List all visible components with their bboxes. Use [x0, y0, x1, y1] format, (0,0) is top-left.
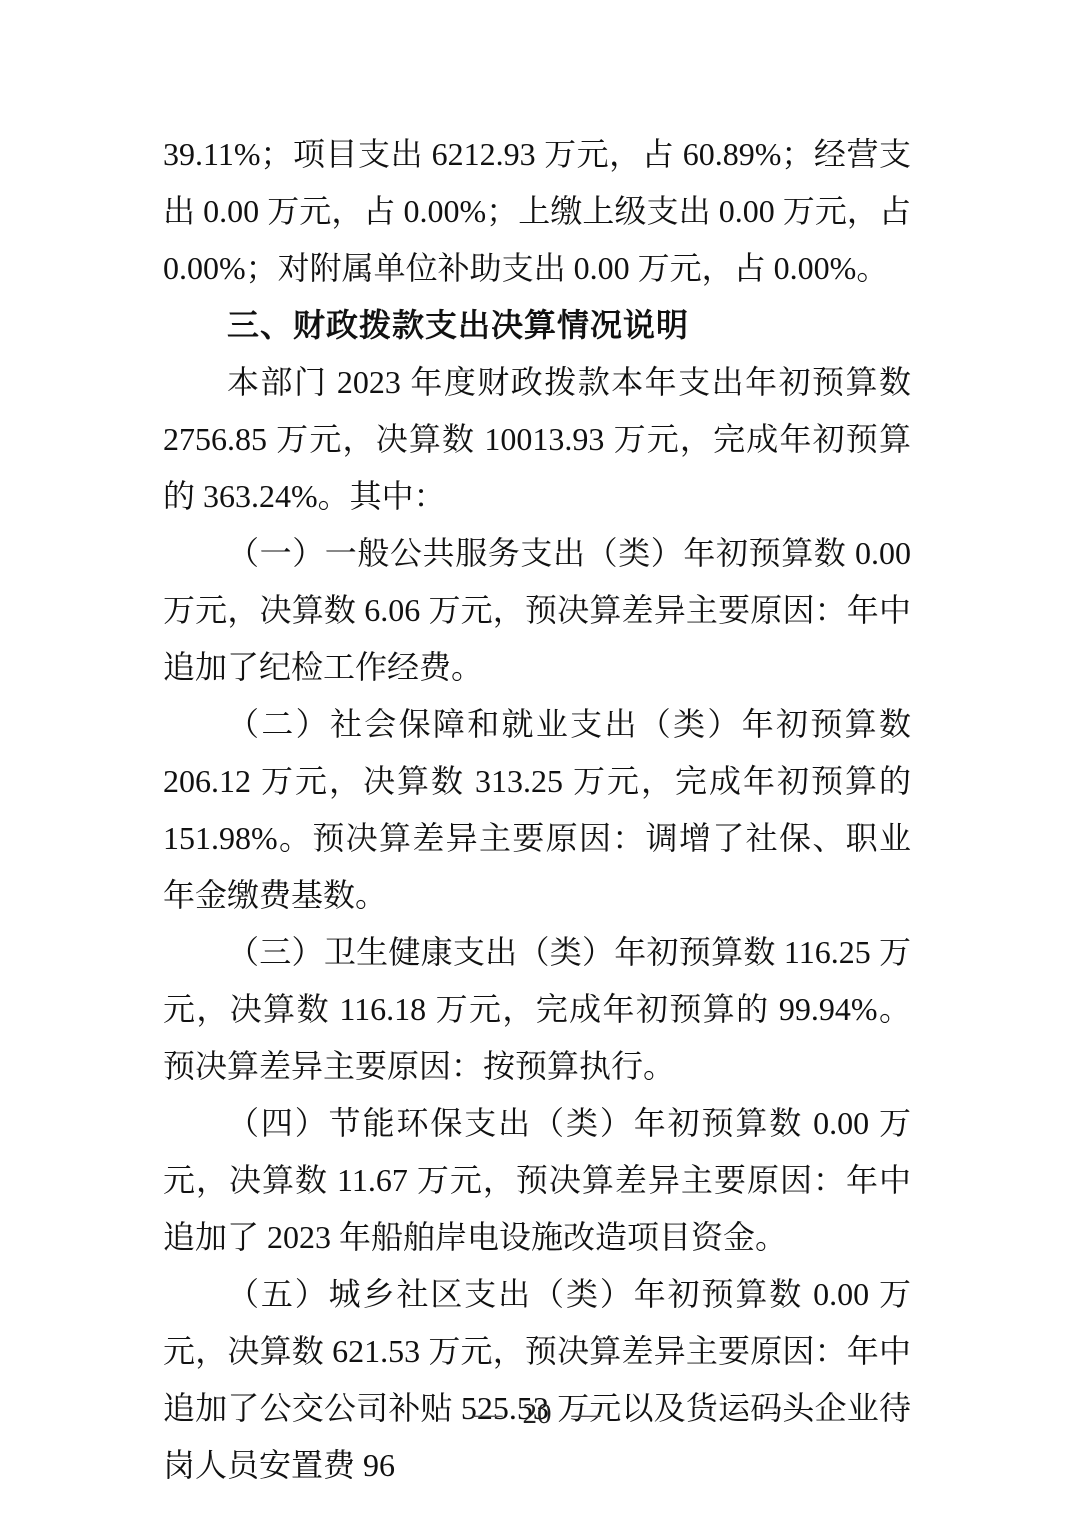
paragraph-item-5: （五）城乡社区支出（类）年初预算数 0.00 万元，决算数 621.53 万元，…	[163, 1266, 911, 1494]
document-page: 39.11%；项目支出 6212.93 万元，占 60.89%；经营支出 0.0…	[0, 0, 1074, 1520]
paragraph-overview: 本部门 2023 年度财政拨款本年支出年初预算数 2756.85 万元，决算数 …	[163, 354, 911, 525]
footer-dash-right: —	[572, 1398, 601, 1430]
paragraph-item-4: （四）节能环保支出（类）年初预算数 0.00 万元，决算数 11.67 万元，预…	[163, 1095, 911, 1266]
paragraph-item-2: （二）社会保障和就业支出（类）年初预算数 206.12 万元，决算数 313.2…	[163, 696, 911, 924]
footer-dash-left: —	[474, 1398, 503, 1430]
paragraph-item-1: （一）一般公共服务支出（类）年初预算数 0.00 万元，决算数 6.06 万元，…	[163, 525, 911, 696]
document-body: 39.11%；项目支出 6212.93 万元，占 60.89%；经营支出 0.0…	[163, 126, 911, 1494]
page-footer: —20—	[0, 1398, 1074, 1431]
paragraph-item-3: （三）卫生健康支出（类）年初预算数 116.25 万元，决算数 116.18 万…	[163, 924, 911, 1095]
section-heading: 三、财政拨款支出决算情况说明	[163, 297, 911, 354]
page-number: 20	[523, 1398, 552, 1430]
paragraph-continuation: 39.11%；项目支出 6212.93 万元，占 60.89%；经营支出 0.0…	[163, 126, 911, 297]
